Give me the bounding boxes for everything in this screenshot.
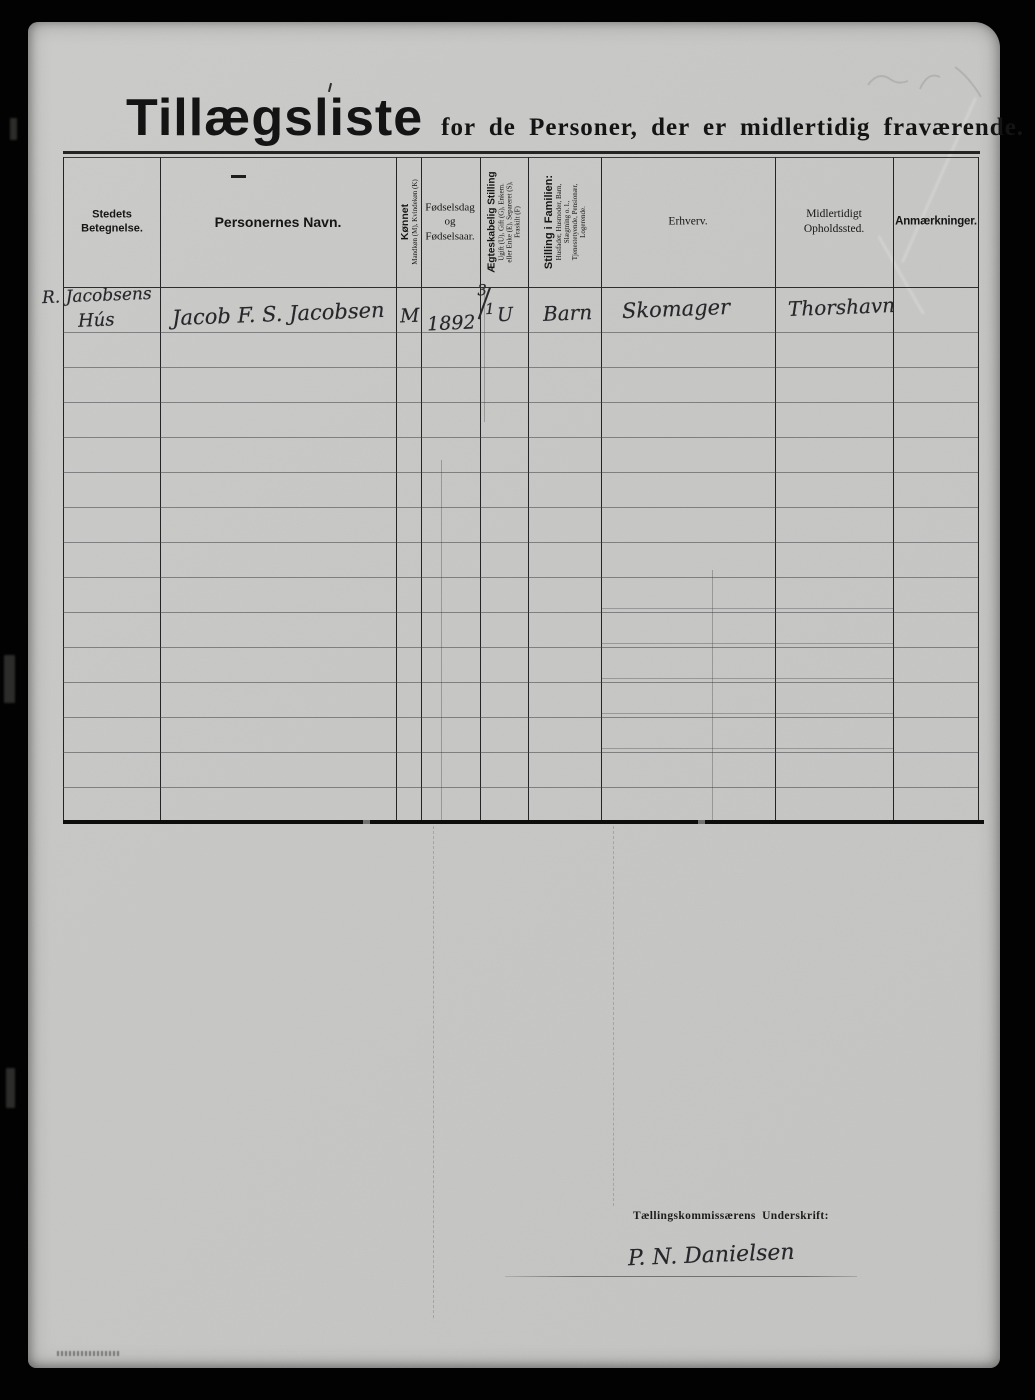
fold-line bbox=[613, 826, 614, 1206]
bleedthrough-line bbox=[712, 570, 713, 822]
header-rule-thin bbox=[63, 157, 978, 158]
table-bottom-rule-gap bbox=[698, 820, 705, 824]
entry-aegteskabelig: U bbox=[497, 304, 514, 327]
table-row-line bbox=[63, 612, 978, 613]
fold-line bbox=[433, 826, 434, 1318]
table-grid-line bbox=[63, 287, 978, 288]
entry-stilling: Barn bbox=[543, 300, 593, 326]
table-row-line bbox=[63, 577, 978, 578]
col-header-navn: Personernes Navn. bbox=[215, 213, 342, 231]
entry-foedselsdag: 189231 bbox=[426, 302, 496, 336]
entry-koen: M bbox=[400, 305, 420, 328]
col-header-stedets: Stedets Betegnelse. bbox=[81, 208, 143, 237]
table-grid-line bbox=[978, 157, 979, 822]
header-rule-heavy bbox=[63, 151, 980, 154]
table-grid-line bbox=[480, 157, 481, 822]
table-row-line bbox=[63, 682, 978, 683]
table-grid-line bbox=[893, 157, 894, 822]
dash-mark bbox=[231, 175, 246, 178]
table-grid-line bbox=[601, 157, 602, 822]
scan-speck bbox=[10, 118, 17, 140]
table-grid-line bbox=[396, 157, 397, 822]
entry-sted-line2: Hús bbox=[78, 309, 115, 331]
bleedthrough-line bbox=[601, 643, 893, 644]
col-header-foedsel: Fødselsdag og Fødselsaar. bbox=[425, 201, 475, 244]
table-grid-line bbox=[160, 157, 161, 822]
table-grid-line bbox=[63, 157, 64, 822]
table-bottom-rule bbox=[63, 820, 984, 824]
scan-speck bbox=[6, 1068, 15, 1108]
signature-label: Tællingskommissærens Underskrift: bbox=[633, 1210, 829, 1222]
table-row-line bbox=[63, 332, 978, 333]
col-header-aegteskabelig: Ægteskabelig Stilling Ugift (U), Gift (G… bbox=[487, 159, 522, 285]
table-row-line bbox=[63, 647, 978, 648]
scan-speck bbox=[4, 655, 15, 703]
table-row-line bbox=[63, 402, 978, 403]
table-row-line bbox=[63, 717, 978, 718]
col-header-koennet: Kønnet Mandkøn (M), Kvindekøn (K) bbox=[399, 159, 419, 285]
printer-imprint bbox=[57, 1351, 121, 1356]
table-bottom-rule-gap bbox=[363, 820, 370, 824]
col-header-anmaerkninger: Anmærkninger. bbox=[895, 215, 977, 230]
table-grid-line bbox=[528, 157, 529, 822]
bleedthrough-line bbox=[484, 287, 485, 422]
bleedthrough-line bbox=[601, 713, 893, 714]
entry-erhverv: Skomager bbox=[622, 295, 731, 323]
table-row-line bbox=[63, 472, 978, 473]
table-grid-line bbox=[775, 157, 776, 822]
bleedthrough-line bbox=[441, 460, 442, 822]
scanned-page: Tillægsliste for de Personer, der er mid… bbox=[0, 0, 1035, 1400]
table-row-line bbox=[63, 542, 978, 543]
date-fraction: 31 bbox=[475, 302, 497, 329]
form-title: Tillægsliste for de Personer, der er mid… bbox=[126, 88, 1024, 148]
bleedthrough-line bbox=[601, 608, 893, 609]
form-title-main: Tillægsliste bbox=[126, 88, 423, 148]
entry-opholdssted: Thorshavn bbox=[788, 293, 896, 321]
col-header-stilling: Stilling i Familien: Husfader, Husmoder,… bbox=[543, 159, 587, 285]
table-grid-line bbox=[421, 157, 422, 822]
bleedthrough-line bbox=[601, 678, 893, 679]
table-row-line bbox=[63, 367, 978, 368]
form-title-subtitle: for de Personer, der er midlertidig frav… bbox=[441, 114, 1024, 142]
table-row-line bbox=[63, 787, 978, 788]
signature-line bbox=[505, 1276, 857, 1277]
bleedthrough-line bbox=[601, 748, 893, 749]
table-row-line bbox=[63, 507, 978, 508]
col-header-erhverv: Erhverv. bbox=[668, 215, 707, 230]
col-header-ophold: Midlertidigt Opholdssted. bbox=[804, 207, 864, 237]
table-row-line bbox=[63, 437, 978, 438]
table-row-line bbox=[63, 752, 978, 753]
